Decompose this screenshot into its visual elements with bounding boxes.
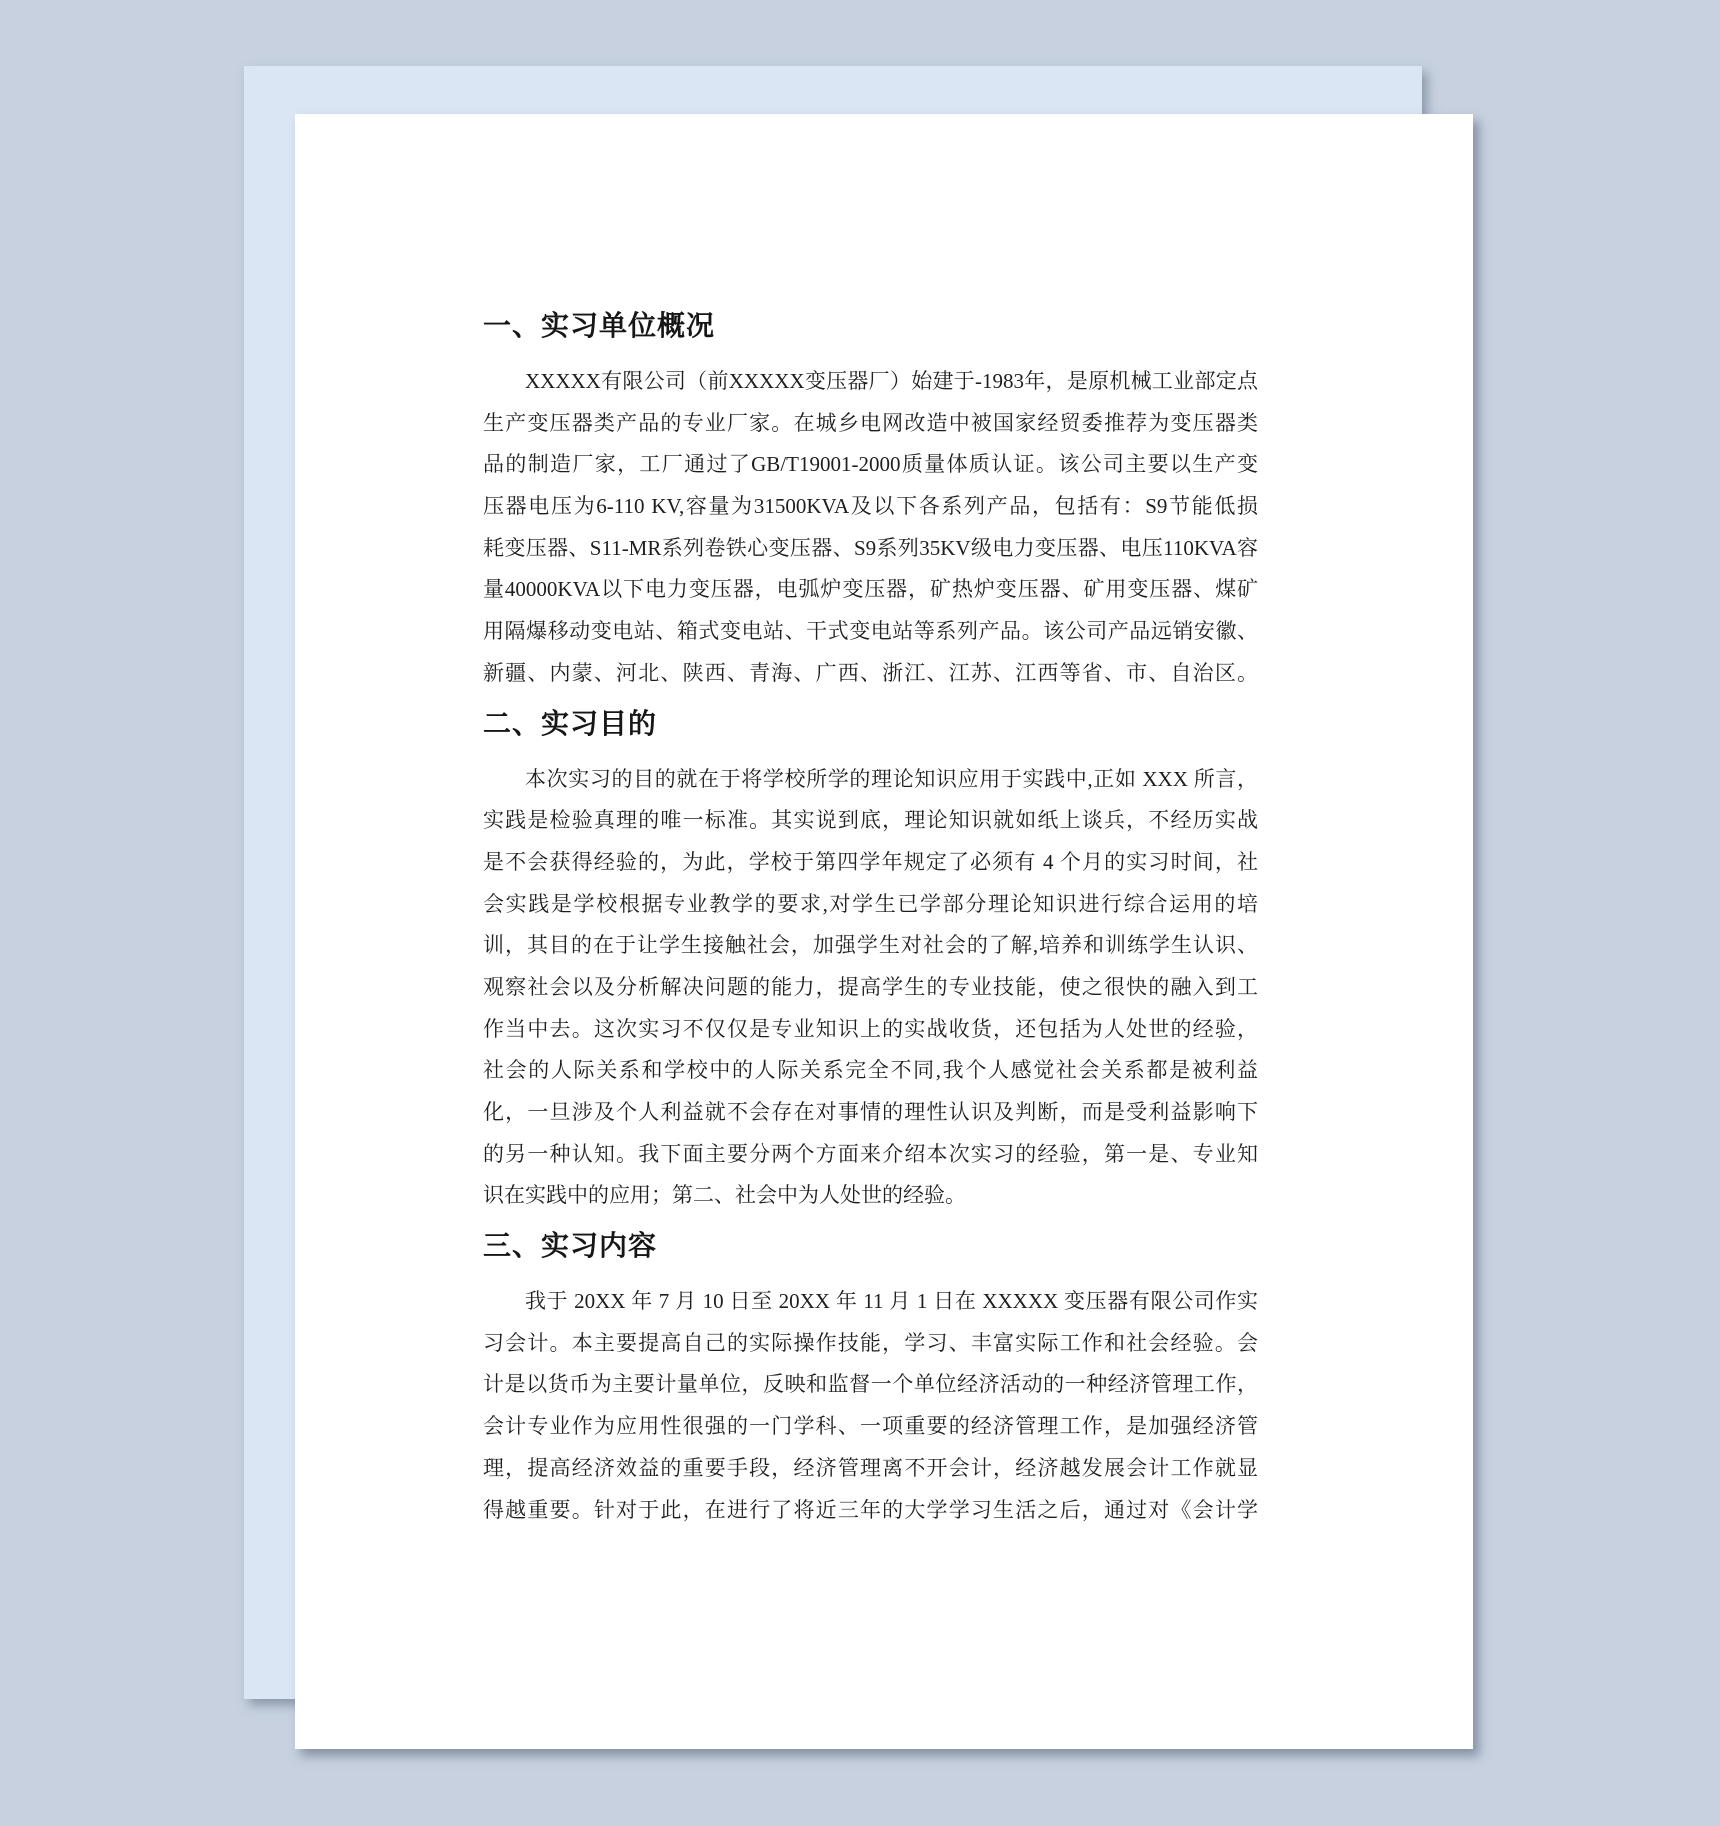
text-line: 作当中去。这次实习不仅仅是专业知识上的实战收货，还包括为人处世的经验， (483, 1009, 1258, 1051)
section-heading: 一、实习单位概况 (483, 304, 1258, 348)
text-line: 化，一旦涉及个人利益就不会存在对事情的理性认识及判断，而是受利益影响下 (483, 1092, 1258, 1134)
text-line: 习会计。本主要提高自己的实际操作技能，学习、丰富实际工作和社会经验。会 (483, 1323, 1258, 1365)
text-line: 社会的人际关系和学校中的人际关系完全不同,我个人感觉社会关系都是被利益 (483, 1050, 1258, 1092)
text-line: 观察社会以及分析解决问题的能力，提高学生的专业技能，使之很快的融入到工 (483, 967, 1258, 1009)
text-line: 识在实践中的应用；第二、社会中为人处世的经验。 (483, 1175, 1258, 1217)
text-line: XXXXX有限公司（前XXXXX变压器厂）始建于-1983年，是原机械工业部定点 (483, 361, 1258, 403)
text-line: 压器电压为6-110 KV,容量为31500KVA及以下各系列产品，包括有：S9… (483, 486, 1258, 528)
text-line: 实践是检验真理的唯一标准。其实说到底，理论知识就如纸上谈兵，不经历实战 (483, 800, 1258, 842)
text-line: 训，其目的在于让学生接触社会，加强学生对社会的了解,培养和训练学生认识、 (483, 925, 1258, 967)
document-page: 一、实习单位概况XXXXX有限公司（前XXXXX变压器厂）始建于-1983年，是… (295, 114, 1473, 1749)
text-line: 是不会获得经验的，为此，学校于第四学年规定了必须有 4 个月的实习时间，社 (483, 842, 1258, 884)
text-line: 量40000KVA以下电力变压器，电弧炉变压器，矿热炉变压器、矿用变压器、煤矿 (483, 569, 1258, 611)
section-heading: 二、实习目的 (483, 702, 1258, 746)
text-line: 得越重要。针对于此，在进行了将近三年的大学学习生活之后，通过对《会计学 (483, 1490, 1258, 1532)
text-line: 用隔爆移动变电站、箱式变电站、干式变电站等系列产品。该公司产品远销安徽、 (483, 611, 1258, 653)
section-heading: 三、实习内容 (483, 1224, 1258, 1268)
text-line: 会实践是学校根据专业教学的要求,对学生已学部分理论知识进行综合运用的培 (483, 884, 1258, 926)
paragraph: 本次实习的目的就在于将学校所学的理论知识应用于实践中,正如 XXX 所言，实践是… (483, 759, 1258, 1218)
text-line: 会计专业作为应用性很强的一门学科、一项重要的经济管理工作，是加强经济管 (483, 1406, 1258, 1448)
paragraph: XXXXX有限公司（前XXXXX变压器厂）始建于-1983年，是原机械工业部定点… (483, 361, 1258, 695)
text-line: 我于 20XX 年 7 月 10 日至 20XX 年 11 月 1 日在 XXX… (483, 1281, 1258, 1323)
text-line: 计是以货币为主要计量单位，反映和监督一个单位经济活动的一种经济管理工作， (483, 1364, 1258, 1406)
paragraph: 我于 20XX 年 7 月 10 日至 20XX 年 11 月 1 日在 XXX… (483, 1281, 1258, 1531)
document-body: 一、实习单位概况XXXXX有限公司（前XXXXX变压器厂）始建于-1983年，是… (483, 304, 1258, 1531)
text-line: 新疆、内蒙、河北、陕西、青海、广西、浙江、江苏、江西等省、市、自治区。 (483, 653, 1258, 695)
text-line: 品的制造厂家，工厂通过了GB/T19001-2000质量体质认证。该公司主要以生… (483, 444, 1258, 486)
text-line: 理，提高经济效益的重要手段，经济管理离不开会计，经济越发展会计工作就显 (483, 1448, 1258, 1490)
text-line: 本次实习的目的就在于将学校所学的理论知识应用于实践中,正如 XXX 所言， (483, 759, 1258, 801)
text-line: 耗变压器、S11-MR系列卷铁心变压器、S9系列35KV级电力变压器、电压110… (483, 528, 1258, 570)
text-line: 生产变压器类产品的专业厂家。在城乡电网改造中被国家经贸委推荐为变压器类 (483, 403, 1258, 445)
text-line: 的另一种认知。我下面主要分两个方面来介绍本次实习的经验，第一是、专业知 (483, 1134, 1258, 1176)
